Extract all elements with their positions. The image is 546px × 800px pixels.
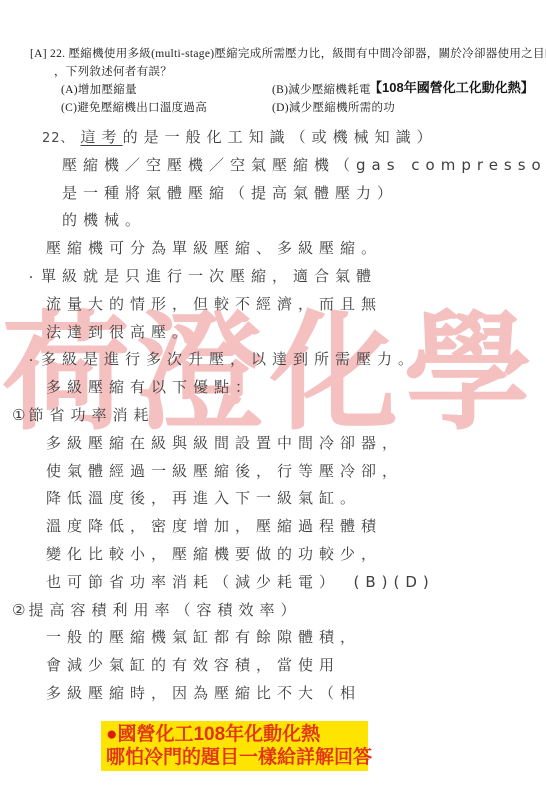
note-line-prefix: ① — [12, 406, 26, 424]
note-line-text: 變化比較小，壓縮機要做的功較少， — [46, 545, 382, 563]
question-line-1: [A] 22. 壓縮機使用多級(multi-stage)壓縮完成所需壓力比，級間… — [30, 46, 546, 62]
note-line-prefix: 22、 — [42, 131, 75, 146]
note-line: 的機械。 — [0, 207, 546, 235]
note-line: 法達到很高壓。 — [0, 319, 546, 347]
note-line: ・多級是進行多次升壓，以達到所需壓力。 — [0, 346, 546, 374]
note-line: 使氣體經過一級壓縮後，行等壓冷卻， — [0, 458, 546, 486]
note-line-text: 壓縮機／空壓機／空氣壓縮機（gas compressor） — [62, 156, 546, 174]
note-line: 溫度降低，密度增加，壓縮過程體積 — [0, 513, 546, 541]
note-line-prefix: ② — [12, 601, 26, 619]
handwritten-notes: 22、這考的是一般化工知識（或機械知識）壓縮機／空壓機／空氣壓縮機（gas co… — [0, 124, 546, 708]
option-a: (A)增加壓縮量 — [61, 82, 137, 98]
banner-line-2: 哪怕冷門的題目一樣給詳解回答 — [106, 746, 368, 769]
note-line-text: 溫度降低，密度增加，壓縮過程體積 — [46, 517, 382, 535]
red-bullet-icon: ● — [106, 724, 117, 745]
note-line-text: 多級是進行多次升壓，以達到所需壓力。 — [41, 350, 419, 368]
note-line: 會減少氣缸的有效容積，當使用 — [0, 652, 546, 680]
note-line-text: 一般的壓縮機氣缸都有餘隙體積， — [46, 628, 361, 646]
option-d: (D)減少壓縮機所需的功 — [272, 100, 395, 116]
option-c: (C)避免壓縮機出口溫度過高 — [61, 100, 207, 116]
note-line-text: 也可節省功率消耗（減少耗電） (B)(D) — [46, 573, 435, 591]
note-line-text: 法達到很高壓。 — [46, 323, 193, 341]
note-line: 變化比較小，壓縮機要做的功較少， — [0, 541, 546, 569]
note-line: 22、這考的是一般化工知識（或機械知識） — [0, 124, 546, 152]
note-line: 多級壓縮在級與級間設置中間冷卻器， — [0, 430, 546, 458]
note-line: 流量大的情形，但較不經濟，而且無 — [0, 291, 546, 319]
note-line-text: 提高容積利用率（容積效率） — [28, 601, 301, 619]
question-line-2: ，下列敘述何者有誤？ — [54, 64, 172, 80]
note-line-prefix: ・ — [26, 356, 37, 367]
note-line-underlined: 這考 — [81, 128, 123, 146]
note-line: 也可節省功率消耗（減少耗電） (B)(D) — [0, 569, 546, 597]
note-line-text: 會減少氣缸的有效容積，當使用 — [46, 656, 340, 674]
note-line: 壓縮機可分為單級壓縮、多級壓縮。 — [0, 235, 546, 263]
note-line-text: 多級壓縮在級與級間設置中間冷卻器， — [46, 434, 403, 452]
option-b: (B)減少壓縮機耗電 — [272, 82, 371, 98]
exam-note-page: 荷澄化學 [A] 22. 壓縮機使用多級(multi-stage)壓縮完成所需壓… — [0, 0, 546, 800]
note-line-text: 單級就是只進行一次壓縮，適合氣體 — [41, 267, 377, 285]
note-line-text: 的機械。 — [62, 211, 146, 229]
note-line-text: 多級壓縮有以下優點： — [46, 378, 256, 396]
banner-line-1: ●國營化工108年化動化熱 — [106, 723, 368, 746]
note-line: 一般的壓縮機氣缸都有餘隙體積， — [0, 624, 546, 652]
note-line: ・單級就是只進行一次壓縮，適合氣體 — [0, 263, 546, 291]
note-line-text: 流量大的情形，但較不經濟，而且無 — [46, 295, 382, 313]
note-line: ①節省功率消耗 — [0, 402, 546, 430]
note-line: 降低溫度後，再進入下一級氣缸。 — [0, 485, 546, 513]
note-line-text: 多級壓縮時，因為壓縮比不大（相 — [46, 684, 361, 702]
promo-banner: ●國營化工108年化動化熱 哪怕冷門的題目一樣給詳解回答 — [101, 721, 368, 771]
note-line-text: 使氣體經過一級壓縮後，行等壓冷卻， — [46, 462, 403, 480]
note-line: 是一種將氣體壓縮（提高氣體壓力） — [0, 180, 546, 208]
note-line-text: 的是一般化工知識（或機械知識） — [123, 128, 438, 146]
note-line-text: 是一種將氣體壓縮（提高氣體壓力） — [62, 184, 398, 202]
note-line: 多級壓縮有以下優點： — [0, 374, 546, 402]
exam-source-tag: 【108年國營化工化動化熱】 — [369, 77, 534, 96]
note-line-text: 降低溫度後，再進入下一級氣缸。 — [46, 489, 361, 507]
note-line: 多級壓縮時，因為壓縮比不大（相 — [0, 680, 546, 708]
note-line: ②提高容積利用率（容積效率） — [0, 597, 546, 625]
note-line: 壓縮機／空壓機／空氣壓縮機（gas compressor） — [0, 152, 546, 180]
banner-line-1-text: 國營化工108年化動化熱 — [117, 724, 320, 745]
note-line-text: 壓縮機可分為單級壓縮、多級壓縮。 — [46, 239, 382, 257]
note-line-text: 節省功率消耗 — [28, 406, 154, 424]
note-line-prefix: ・ — [26, 273, 37, 284]
